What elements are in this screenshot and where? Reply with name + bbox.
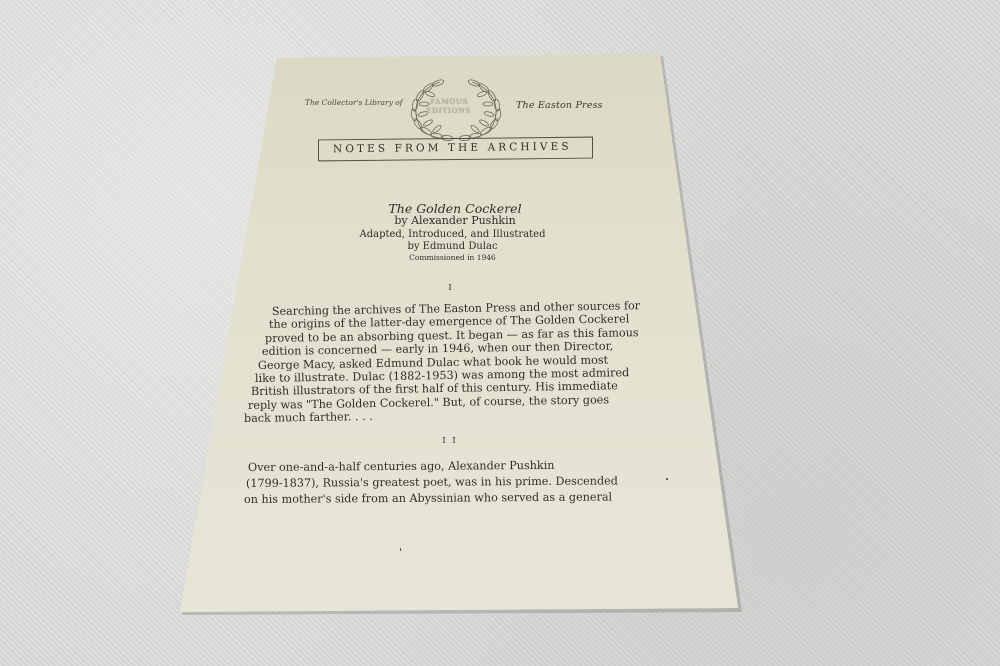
banner-title: NOTES FROM THE ARCHIVES (333, 141, 572, 155)
section-numeral-2: I I (300, 436, 600, 446)
paper-speck (400, 548, 401, 551)
illustrator-credit: by Edmund Dulac (300, 241, 605, 252)
paragraph-line: on his mother's side from an Abyssinian … (244, 491, 612, 507)
paper-mark (666, 478, 668, 480)
book-author: by Alexander Pushkin (300, 214, 610, 227)
paragraph-line: Over one-and-a-half centuries ago, Alexa… (248, 459, 555, 474)
emblem-famous-text: FAMOUS (430, 97, 468, 106)
adapted-credit: Adapted, Introduced, and Illustrated (300, 229, 605, 240)
emblem-editions-text: EDITIONS (426, 106, 471, 115)
publisher-signature: The Easton Press (516, 100, 603, 111)
paragraph-line: back much farther. . . . (244, 410, 373, 425)
collectors-library-label: The Collector's Library of (305, 98, 403, 107)
section-numeral-1: I (300, 283, 600, 293)
sheet-content: The Collector's Library of (0, 0, 1000, 666)
commissioned-note: Commissioned in 1946 (300, 253, 605, 262)
paragraph-line: (1799-1837), Russia's greatest poet, was… (246, 475, 618, 491)
